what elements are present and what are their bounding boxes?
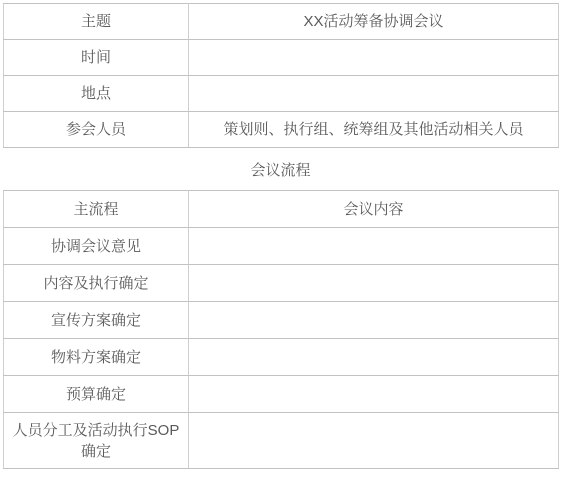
table-row: 物料方案确定 <box>4 339 559 376</box>
table-row: 人员分工及活动执行SOP确定 <box>4 413 559 469</box>
table-header-row: 主流程 会议内容 <box>4 191 559 228</box>
process-value-content-execution <box>189 265 559 302</box>
process-value-coordination <box>189 228 559 265</box>
process-header-main: 主流程 <box>4 191 189 228</box>
meeting-process-table: 主流程 会议内容 协调会议意见 内容及执行确定 宣传方案确定 物料方案确定 预算… <box>3 190 559 469</box>
process-label-content-execution: 内容及执行确定 <box>4 265 189 302</box>
table-row: 宣传方案确定 <box>4 302 559 339</box>
info-label-attendees: 参会人员 <box>4 112 189 148</box>
info-value-place <box>189 76 559 112</box>
info-value-attendees: 策划则、执行组、统筹组及其他活动相关人员 <box>189 112 559 148</box>
info-label-time: 时间 <box>4 40 189 76</box>
section-title: 会议流程 <box>3 152 558 190</box>
process-value-materials-plan <box>189 339 559 376</box>
process-value-sop <box>189 413 559 469</box>
table-row: 主题 XX活动筹备协调会议 <box>4 4 559 40</box>
process-value-promotion-plan <box>189 302 559 339</box>
info-label-place: 地点 <box>4 76 189 112</box>
document-page: { "page": { "background": "#ffffff", "te… <box>0 0 565 483</box>
table-row: 时间 <box>4 40 559 76</box>
table-row: 地点 <box>4 76 559 112</box>
process-label-promotion-plan: 宣传方案确定 <box>4 302 189 339</box>
table-row: 参会人员 策划则、执行组、统筹组及其他活动相关人员 <box>4 112 559 148</box>
meeting-info-table: 主题 XX活动筹备协调会议 时间 地点 参会人员 策划则、执行组、统筹组及其他活… <box>3 3 559 148</box>
info-value-time <box>189 40 559 76</box>
process-label-budget: 预算确定 <box>4 376 189 413</box>
process-label-sop: 人员分工及活动执行SOP确定 <box>4 413 189 469</box>
info-value-topic: XX活动筹备协调会议 <box>189 4 559 40</box>
info-label-topic: 主题 <box>4 4 189 40</box>
process-value-budget <box>189 376 559 413</box>
process-label-coordination: 协调会议意见 <box>4 228 189 265</box>
process-header-content: 会议内容 <box>189 191 559 228</box>
process-label-materials-plan: 物料方案确定 <box>4 339 189 376</box>
table-row: 内容及执行确定 <box>4 265 559 302</box>
table-row: 预算确定 <box>4 376 559 413</box>
table-row: 协调会议意见 <box>4 228 559 265</box>
